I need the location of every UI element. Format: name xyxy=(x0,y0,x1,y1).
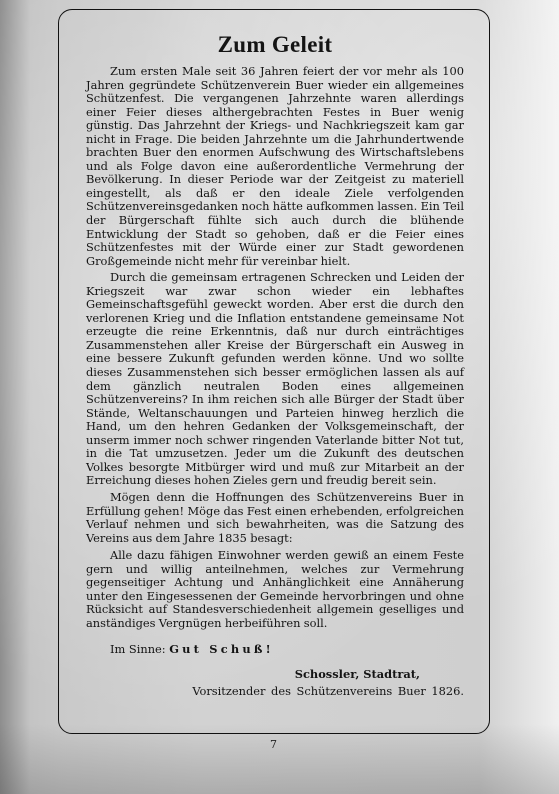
paragraph-3: Mögen denn die Hoffnungen des Schützenve… xyxy=(86,491,464,545)
closing-motto: Gut Schuß! xyxy=(169,642,274,656)
signer-role: Vorsitzender des Schützenvereins Buer 18… xyxy=(86,684,464,699)
document-title: Zum Geleit xyxy=(86,32,464,58)
closing-line: Im Sinne: Gut Schuß! xyxy=(110,642,464,656)
paragraph-1: Zum ersten Male seit 36 Jahren feiert de… xyxy=(86,65,464,268)
document-body: Zum Geleit Zum ersten Male seit 36 Jahre… xyxy=(86,32,464,699)
paragraph-2: Durch die gemeinsam ertragenen Schrecken… xyxy=(86,271,464,488)
closing-prefix: Im Sinne: xyxy=(110,642,166,656)
page-number: 7 xyxy=(270,738,277,751)
signer-name: Schossler, Stadtrat, xyxy=(86,667,420,682)
statute-quote: Alle dazu fähigen Einwohner werden gewiß… xyxy=(86,549,464,630)
page-shadow xyxy=(0,724,559,794)
